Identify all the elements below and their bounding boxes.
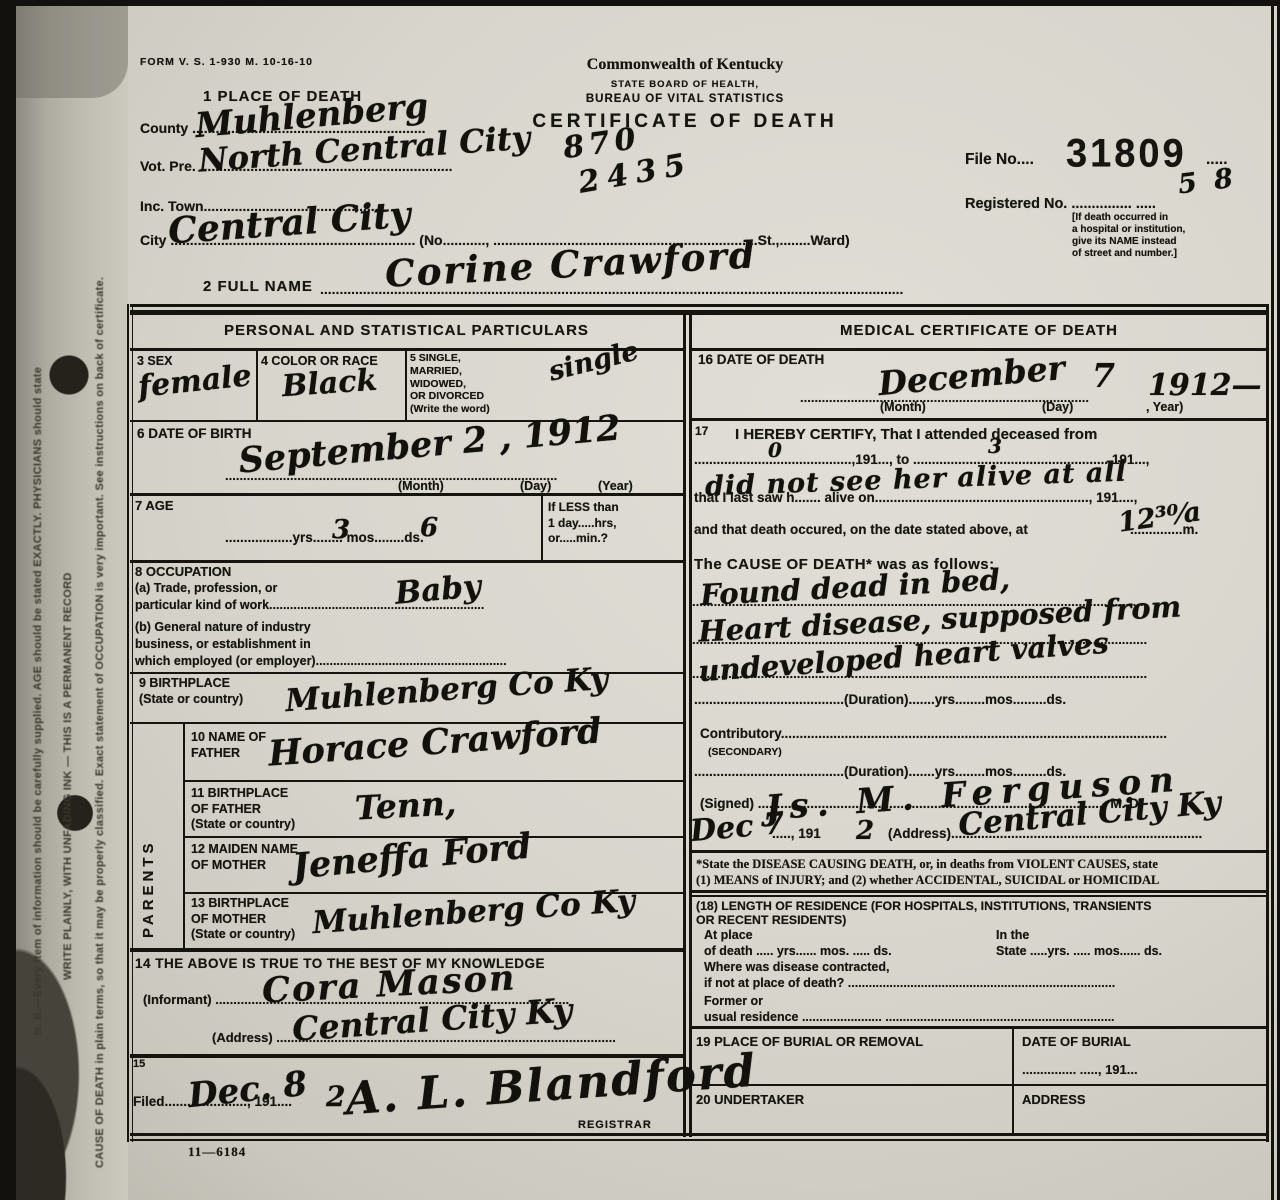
rule [1012, 1026, 1014, 1133]
death-occurred-line: and that death occured, on the date stat… [694, 522, 1028, 539]
rule [692, 850, 1266, 853]
secondary-sublabel: (SECONDARY) [708, 746, 782, 759]
rule [130, 493, 683, 496]
state-board-line: STATE BOARD OF HEALTH, [555, 79, 815, 91]
father-birthplace-value-handwritten: Tenn, [354, 783, 457, 827]
father-name-label: 10 NAME OF FATHER [191, 730, 266, 761]
former-residence-line: Former or usual residence ..............… [704, 994, 1264, 1025]
rule [692, 895, 1266, 897]
undertaker-address-label: ADDRESS [1022, 1092, 1086, 1108]
certify-statement: I HEREBY CERTIFY, That I attended deceas… [735, 426, 1097, 445]
scan-corner-shadow [16, 6, 128, 98]
age-less-than-one-day-note: If LESS than 1 day.....hrs, or.....min.? [548, 500, 619, 547]
birthplace-label: 9 BIRTHPLACE (State or country) [139, 676, 243, 707]
place-of-burial-label: 19 PLACE OF BURIAL OR REMOVAL [696, 1034, 923, 1050]
rule [130, 304, 1268, 307]
race-value-handwritten: Black [281, 363, 378, 405]
dod-dotted-line: ........................................… [800, 390, 1200, 406]
marital-status-label: 5 SINGLE, MARRIED, WIDOWED, OR DIVORCED … [410, 352, 490, 416]
scanned-death-certificate: N. B.—Every item of information should b… [0, 0, 1280, 1200]
ink-blot [54, 792, 96, 834]
full-name-label: 2 FULL NAME [203, 278, 313, 297]
registrar-label: REGISTRAR [578, 1119, 652, 1133]
file-no-label: File No.... [965, 150, 1034, 169]
rule [130, 1139, 1268, 1141]
cause-dotted-line: ........................................… [692, 666, 1266, 682]
dod-year-sublabel: , Year) [1146, 400, 1183, 416]
medical-section-header: MEDICAL CERTIFICATE OF DEATH [692, 322, 1266, 341]
rule [541, 493, 543, 560]
rule [130, 560, 683, 563]
death-time-dots: ..............m. [1130, 522, 1198, 539]
occupation-b-line2: business, or establishment in [135, 637, 311, 653]
signed-date-printed: ....., 191 [772, 826, 821, 843]
filed-year-handwritten: 2 [326, 1080, 345, 1113]
rule [256, 350, 258, 420]
bureau-line: BUREAU OF VITAL STATISTICS [555, 92, 815, 106]
date-of-burial-dotted-line: ............... ....., 191... [1022, 1062, 1138, 1078]
margin-note-nb: N. B.—Every item of information should b… [32, 367, 44, 1035]
age-days-value: 6 [420, 513, 438, 543]
age-dotted-line: ..................yrs........ mos.......… [225, 530, 424, 547]
length-of-residence-label: (18) LENGTH OF RESIDENCE (FOR HOSPITALS,… [696, 899, 1151, 927]
plate-number: 11—6184 [188, 1144, 246, 1160]
rule [689, 315, 692, 1137]
rule [130, 1133, 1268, 1136]
signed-year-handwritten: 2 [856, 816, 874, 846]
rule [692, 418, 1266, 421]
commonwealth-title: Commonwealth of Kentucky [555, 55, 815, 75]
rule [692, 348, 1266, 351]
dod-day-sublabel: (Day) [1042, 400, 1073, 416]
in-the-state-line: In the State .....yrs. ..... mos...... d… [996, 928, 1162, 959]
rule [1266, 304, 1269, 1142]
rule [692, 890, 1266, 893]
filed-section-number: 15 [133, 1058, 145, 1072]
rule [130, 310, 1268, 315]
personal-section-header: PERSONAL AND STATISTICAL PARTICULARS [130, 322, 683, 341]
date-of-birth-label: 6 DATE OF BIRTH [137, 426, 252, 443]
certify-mark-left-handwritten: 0 [768, 438, 782, 462]
occupation-b-line1: (b) General nature of industry [135, 620, 311, 636]
certify-mark-right-handwritten: 3 [988, 434, 1002, 458]
age-label: 7 AGE [135, 498, 174, 514]
father-birthplace-label: 11 BIRTHPLACE OF FATHER (State or countr… [191, 786, 295, 833]
margin-note-cause: CAUSE OF DEATH in plain terms, so that i… [94, 277, 106, 1168]
mother-birthplace-label: 13 BIRTHPLACE OF MOTHER (State or countr… [191, 896, 295, 943]
occupation-value-handwritten: Baby [394, 568, 483, 611]
rule [183, 780, 683, 782]
ink-blot [46, 352, 92, 398]
rule [683, 315, 686, 1137]
certify-section-number: 17 [695, 424, 708, 439]
torn-edge-shadow-dark [16, 1050, 74, 1200]
file-no-value: 31809 [1066, 130, 1187, 179]
rule [405, 350, 407, 420]
rule [692, 1084, 1266, 1086]
rule [127, 304, 129, 1142]
undertaker-label: 20 UNDERTAKER [696, 1092, 804, 1108]
parents-vertical-label: PARENTS [140, 748, 159, 938]
margin-note-write-plainly: WRITE PLAINLY, WITH UNFADING INK — THIS … [62, 572, 74, 980]
at-place-of-death-line: At place of death ..... yrs...... mos. .… [704, 928, 892, 959]
dod-month-sublabel: (Month) [880, 400, 926, 416]
occupation-label: 8 OCCUPATION [135, 564, 231, 580]
hospital-instruction-note: [If death occurred in a hospital or inst… [1072, 212, 1247, 260]
duration-line: ........................................… [694, 692, 1268, 709]
date-of-burial-label: DATE OF BURIAL [1022, 1034, 1131, 1050]
contributory-label: Contributory............................… [700, 726, 1266, 743]
mother-maiden-name-label: 12 MAIDEN NAME OF MOTHER [191, 842, 298, 873]
date-of-death-label: 16 DATE OF DEATH [698, 352, 824, 369]
disease-contracted-line: Where was disease contracted, if not at … [704, 960, 1264, 991]
rule [130, 948, 683, 952]
occupation-a-line1: (a) Trade, profession, or [135, 581, 277, 597]
form-code: FORM V. S. 1-930 M. 10-16-10 [140, 56, 313, 69]
age-months-value: 3 [332, 515, 350, 545]
scan-right-edge [1271, 0, 1274, 1200]
violent-causes-footnote: *State the DISEASE CAUSING DEATH, or, in… [696, 856, 1159, 888]
rule [692, 1026, 1266, 1029]
